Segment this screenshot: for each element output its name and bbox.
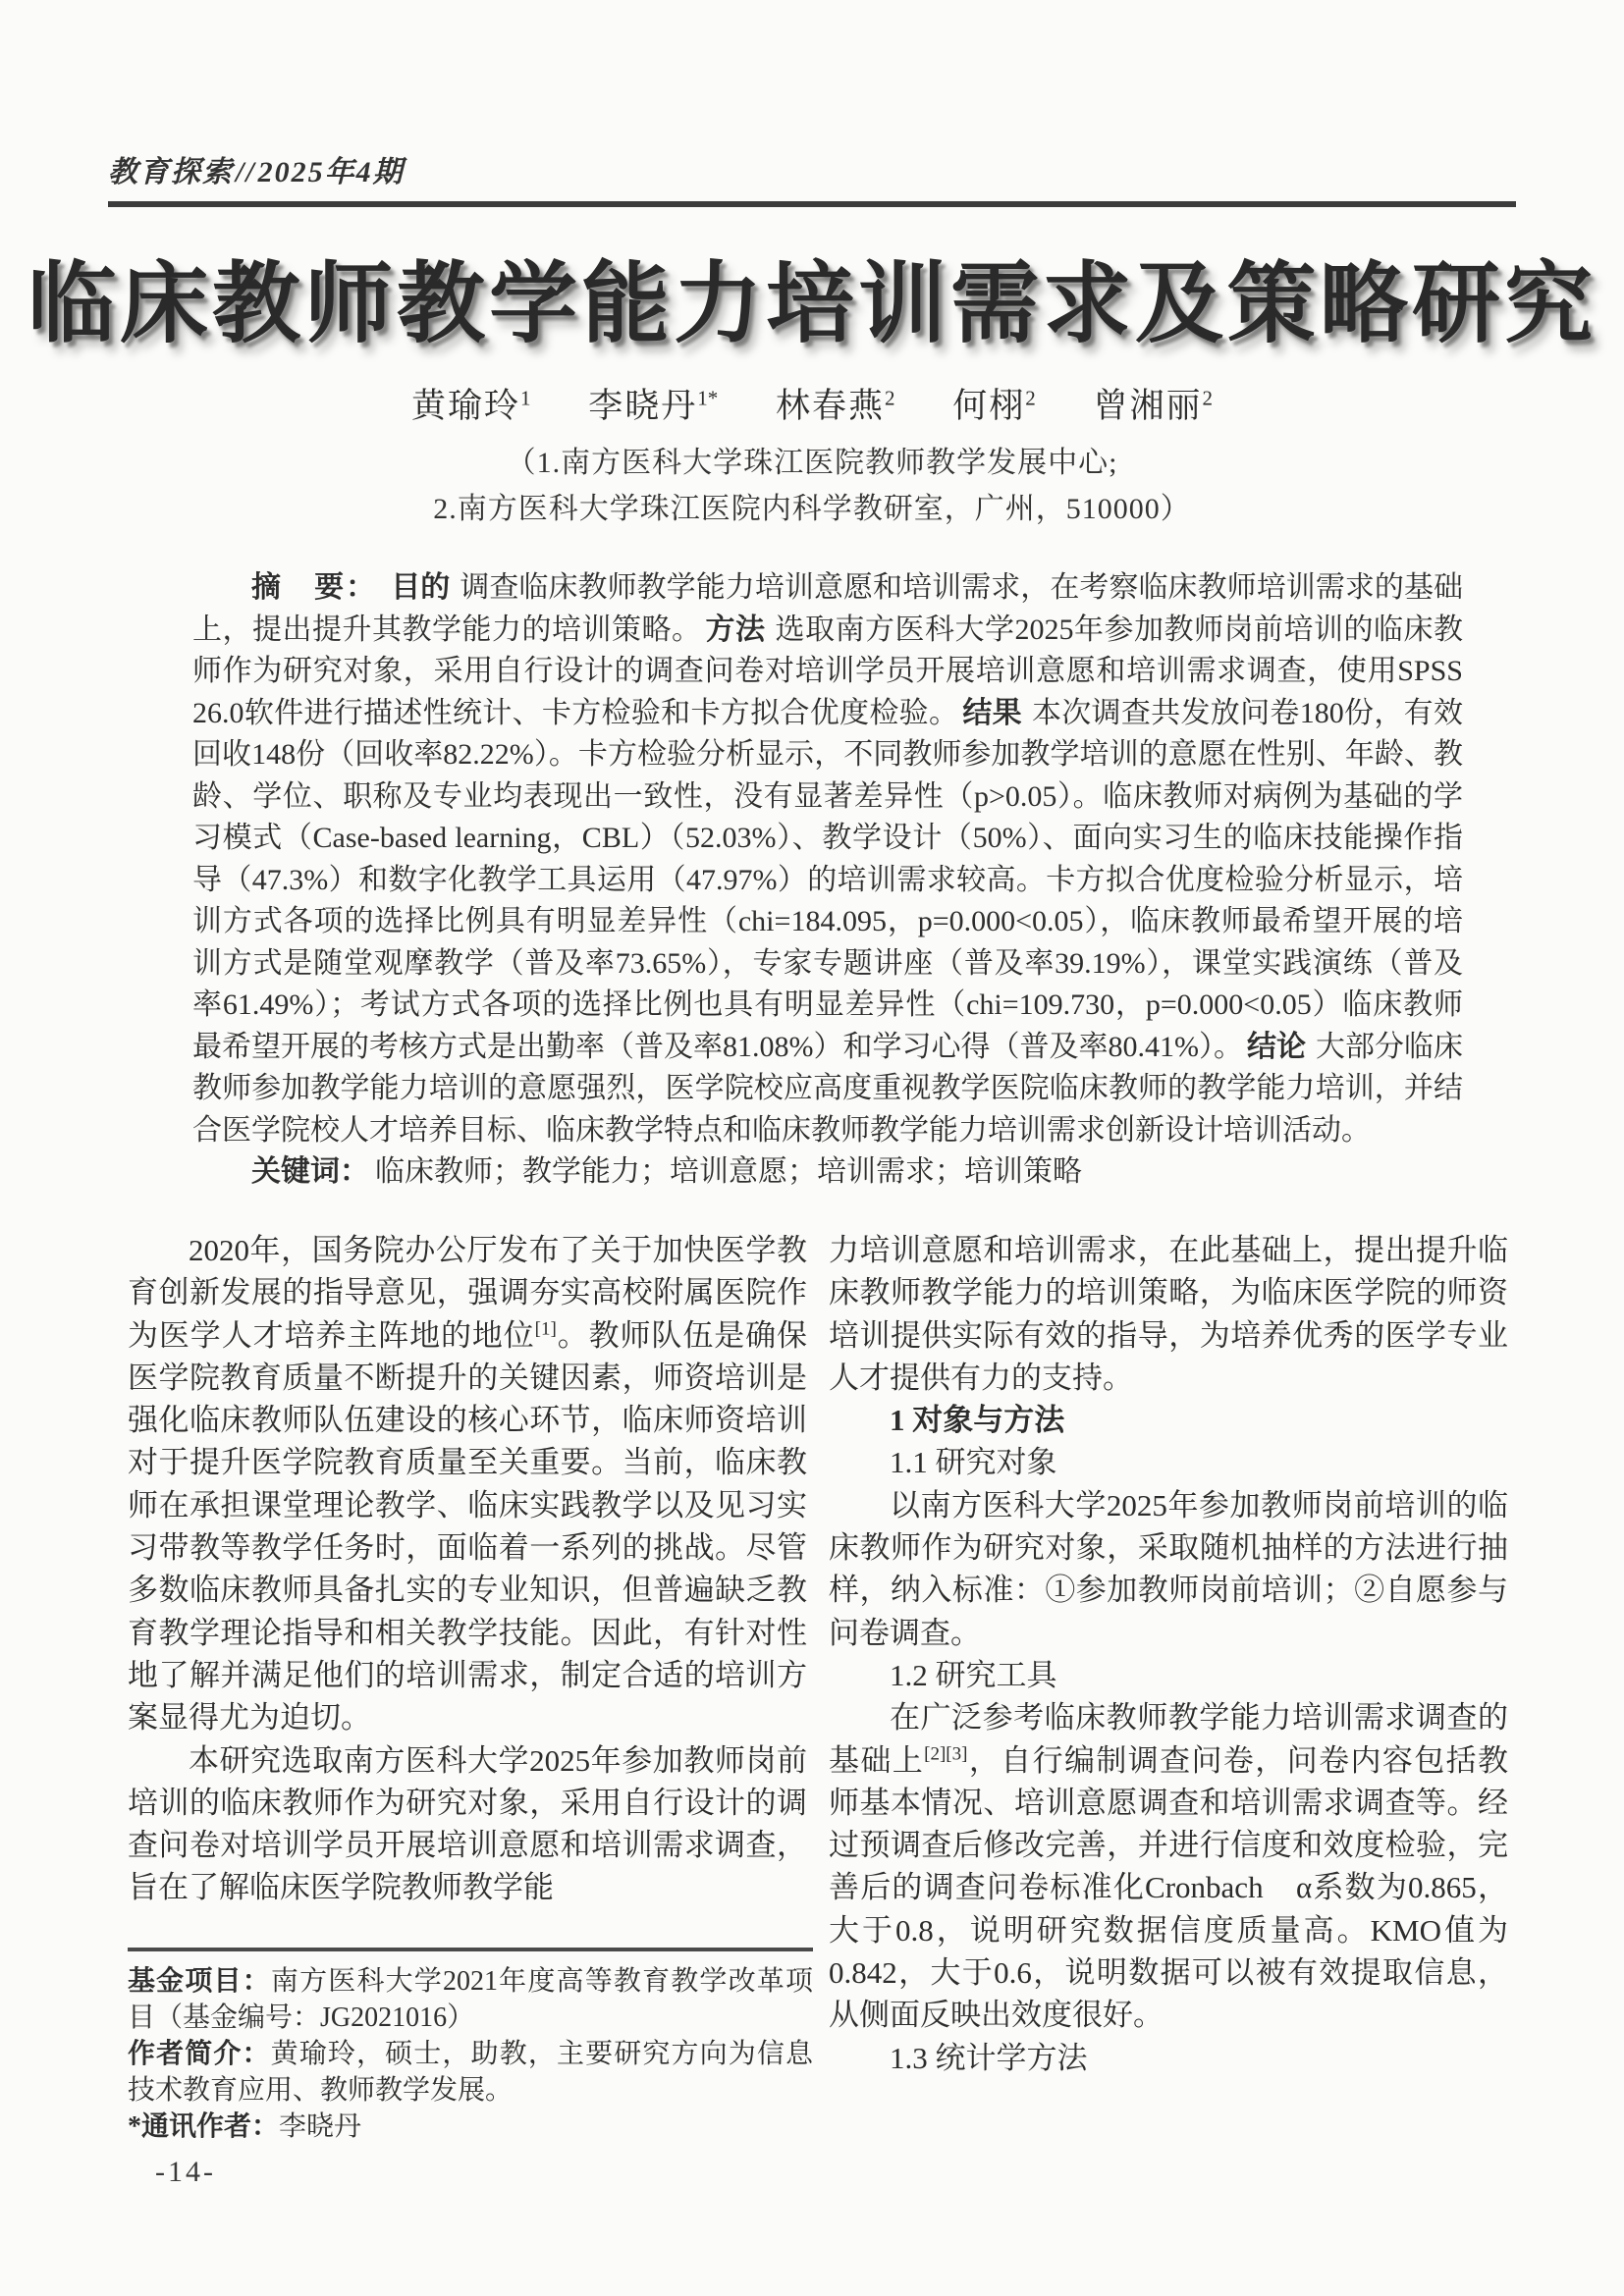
header-slashes: // bbox=[234, 156, 258, 188]
author-affiliation-sup: 2 bbox=[1203, 386, 1214, 409]
abstract-section-label: 结论 bbox=[1247, 1031, 1306, 1063]
author-affiliation-sup: 2 bbox=[885, 386, 895, 409]
page-title: 临床教师教学能力培训需求及策略研究 bbox=[0, 232, 1624, 359]
abstract-section-label: 方法 bbox=[706, 614, 766, 646]
citation-ref: [2][3] bbox=[924, 1743, 967, 1764]
fund-label: 基金项目： bbox=[128, 1966, 271, 1997]
running-head: 教育探索//2025年4期 bbox=[108, 147, 405, 190]
journal-name: 教育探索 bbox=[108, 156, 234, 188]
keywords-label: 关键词： bbox=[251, 1155, 369, 1188]
author-affiliation-sup: 2 bbox=[1025, 386, 1036, 409]
subsection-heading: 1.2 研究工具 bbox=[829, 1654, 1508, 1696]
author: 黄瑜玲1 bbox=[411, 387, 531, 425]
section-heading: 1 对象与方法 bbox=[829, 1399, 1508, 1441]
author: 林春燕2 bbox=[776, 387, 895, 425]
author-affiliation-sup: 1* bbox=[697, 386, 718, 409]
corresponding-author-note: *通讯作者：李晓丹 bbox=[128, 2109, 813, 2145]
bio-label: 作者简介： bbox=[128, 2039, 271, 2069]
page-number: -14- bbox=[155, 2156, 216, 2189]
right-column: 力培训意愿和培训需求，在此基础上，提出提升临床教师教学能力的培训策略，为临床医学… bbox=[829, 1229, 1508, 2079]
affiliation-line: 2.南方医科大学珠江医院内科学教研室，广州，510000） bbox=[0, 486, 1624, 532]
corresponding-author-label: *通讯作者： bbox=[128, 2111, 279, 2142]
affiliation-line: （1.南方医科大学珠江医院教师教学发展中心; bbox=[0, 440, 1624, 486]
footnote-block: 基金项目：南方医科大学2021年度高等教育教学改革项目（基金编号：JG20210… bbox=[128, 1948, 813, 2145]
citation-ref: [1] bbox=[535, 1318, 557, 1339]
subsection-heading: 1.1 研究对象 bbox=[829, 1441, 1508, 1483]
abstract-text: 摘 要：目的调查临床教师教学能力培训意愿和培训需求，在考察临床教师培训需求的基础… bbox=[192, 567, 1463, 1151]
abstract-label: 摘 要： bbox=[251, 571, 377, 604]
paragraph: 本研究选取南方医科大学2025年参加教师岗前培训的临床教师作为研究对象，采用自行… bbox=[128, 1739, 807, 1909]
paper-page: 教育探索//2025年4期 临床教师教学能力培训需求及策略研究 黄瑜玲1 李晓丹… bbox=[0, 0, 1624, 2296]
abstract-section-label: 结果 bbox=[962, 697, 1022, 729]
author-affiliation-sup: 1 bbox=[520, 386, 531, 409]
abstract-block: 摘 要：目的调查临床教师教学能力培训意愿和培训需求，在考察临床教师培训需求的基础… bbox=[192, 567, 1463, 1194]
footnote-rule bbox=[128, 1948, 813, 1951]
journal-issue: 2025年4期 bbox=[258, 156, 405, 188]
abstract-section-label: 目的 bbox=[391, 571, 450, 604]
header-rule bbox=[108, 201, 1516, 207]
paragraph: 以南方医科大学2025年参加教师岗前培训的临床教师作为研究对象，采取随机抽样的方… bbox=[829, 1484, 1508, 1654]
abstract-section-text: 本次调查共发放问卷180份，有效回收148份（回收率82.22%）。卡方检验分析… bbox=[192, 697, 1463, 1063]
author-bio-note: 作者简介：黄瑜玲，硕士，助教，主要研究方向为信息技术教育应用、教师教学发展。 bbox=[128, 2036, 813, 2109]
keywords-line: 关键词：临床教师；教学能力；培训意愿；培训需求；培训策略 bbox=[192, 1151, 1463, 1194]
author: 李晓丹1* bbox=[588, 387, 718, 425]
author-line: 黄瑜玲1 李晓丹1* 林春燕2 何栩2 曾湘丽2 bbox=[0, 379, 1624, 428]
author: 何栩2 bbox=[952, 387, 1036, 425]
author: 曾湘丽2 bbox=[1094, 387, 1214, 425]
keywords-text: 临床教师；教学能力；培训意愿；培训需求；培训策略 bbox=[375, 1155, 1082, 1188]
paragraph: 力培训意愿和培训需求，在此基础上，提出提升临床教师教学能力的培训策略，为临床医学… bbox=[829, 1229, 1508, 1399]
fund-project-note: 基金项目：南方医科大学2021年度高等教育教学改革项目（基金编号：JG20210… bbox=[128, 1963, 813, 2036]
paragraph: 在广泛参考临床教师教学能力培训需求调查的基础上[2][3]，自行编制调查问卷，问… bbox=[829, 1696, 1508, 2036]
affiliations: （1.南方医科大学珠江医院教师教学发展中心; 2.南方医科大学珠江医院内科学教研… bbox=[0, 440, 1624, 532]
subsection-heading: 1.3 统计学方法 bbox=[829, 2037, 1508, 2079]
paragraph: 2020年，国务院办公厅发布了关于加快医学教育创新发展的指导意见，强调夯实高校附… bbox=[128, 1229, 807, 1739]
